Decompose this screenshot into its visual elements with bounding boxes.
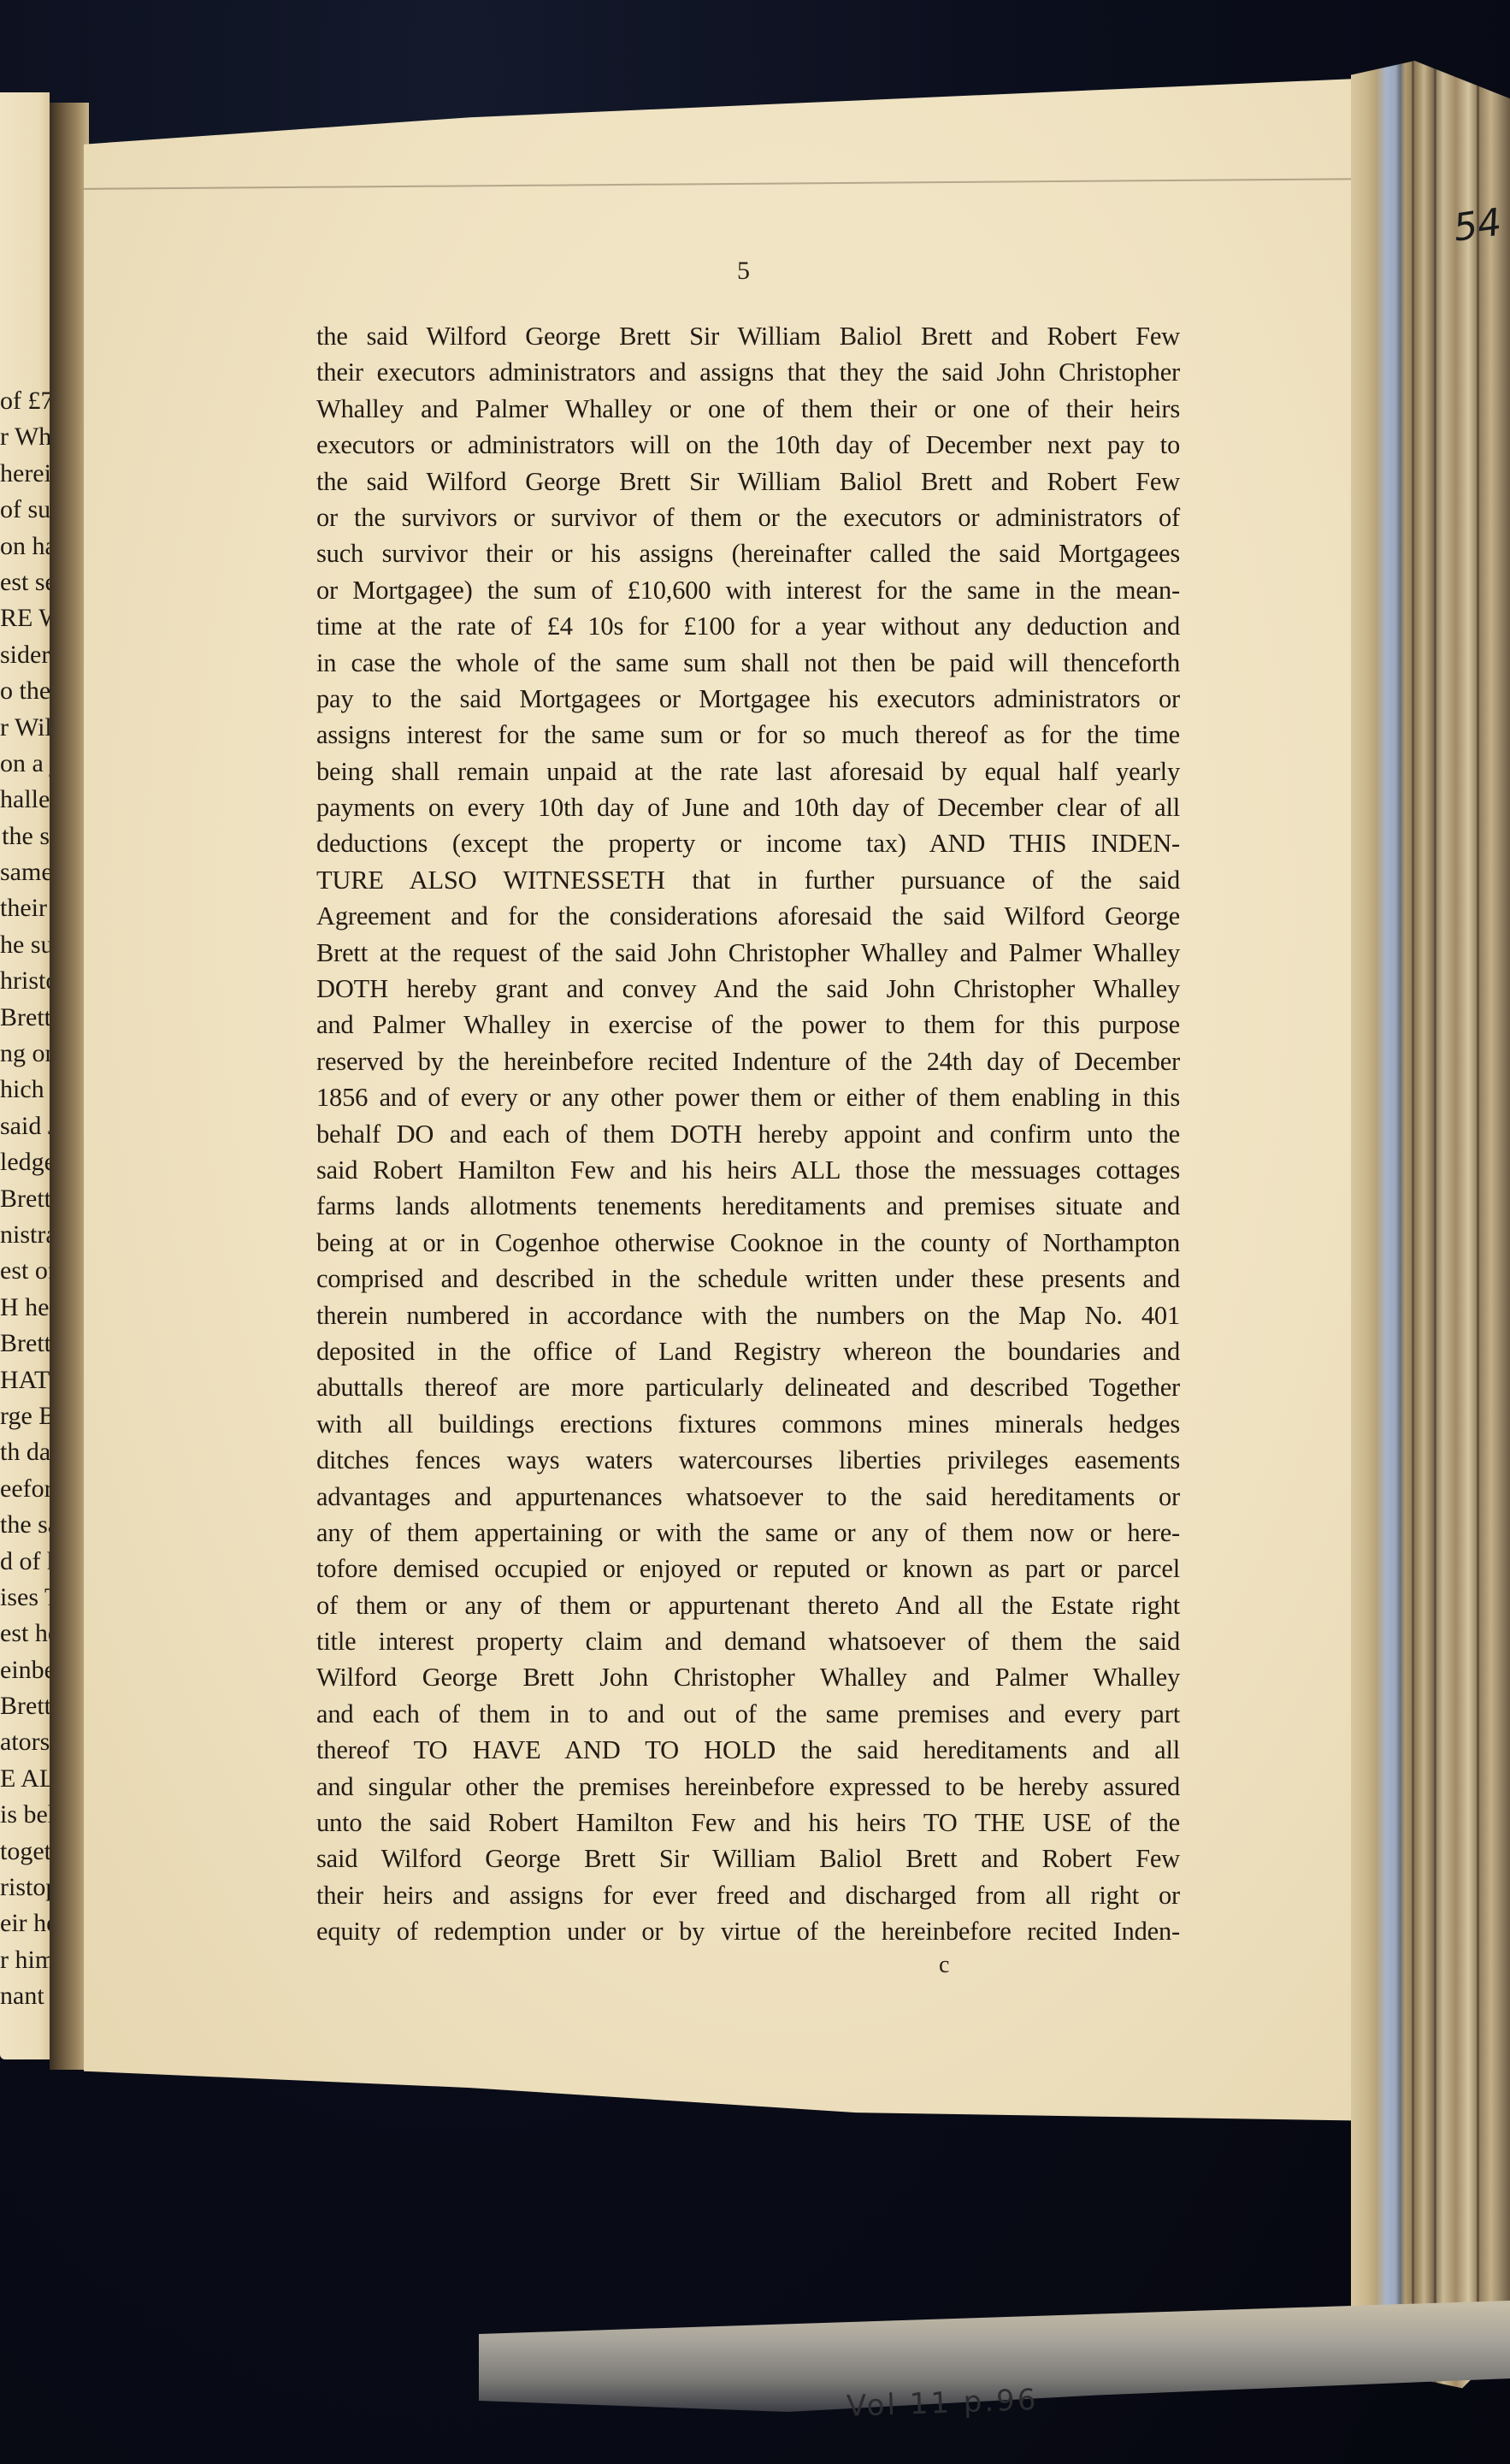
text-line: and each of them in to and out of the sa…: [316, 1696, 1180, 1732]
previous-page-fragment: is beh: [0, 1797, 50, 1833]
text-line: reserved by the hereinbefore recited Ind…: [316, 1043, 1180, 1079]
text-line: pay to the said Mortgagees or Mortgagee …: [316, 681, 1180, 717]
previous-page-fragment: togeth: [0, 1834, 50, 1870]
text-line: executors or administrators will on the …: [316, 427, 1180, 463]
previous-page-fragment: nistrat: [0, 1217, 50, 1253]
text-line: advantages and appurtenances whatsoever …: [316, 1479, 1180, 1515]
stacked-page-edges: [1351, 51, 1510, 2412]
text-line: any of them appertaining or with the sam…: [316, 1515, 1180, 1551]
text-line: said Wilford George Brett Sir William Ba…: [316, 1841, 1180, 1876]
text-line: behalf DO and each of them DOTH hereby a…: [316, 1116, 1180, 1152]
previous-page-fragment: nant wi: [0, 1978, 50, 2014]
text-line: therein numbered in accordance with the …: [316, 1297, 1180, 1333]
text-line: such survivor their or his assigns (here…: [316, 535, 1180, 571]
printer-signature-mark: c: [939, 1952, 949, 1979]
previous-page-fragment: r Willi: [0, 710, 50, 746]
previous-page-fragment: same d: [0, 854, 50, 890]
previous-page-fragment: of such: [0, 492, 50, 528]
handwritten-folio-number: 54: [1451, 200, 1505, 250]
page-crease-line: [84, 178, 1371, 190]
previous-page-fragment: RE WI: [0, 600, 50, 636]
page-number: 5: [737, 257, 750, 286]
text-line: tofore demised occupied or enjoyed or re…: [316, 1551, 1180, 1587]
text-line: farms lands allotments tenements heredit…: [316, 1188, 1180, 1224]
text-line: thereof TO HAVE AND TO HOLD the said her…: [316, 1732, 1180, 1768]
previous-page-fragment: r Whal: [0, 419, 50, 455]
text-line: and Palmer Whalley in exercise of the po…: [316, 1007, 1180, 1043]
text-line: deductions (except the property or incom…: [316, 825, 1180, 861]
previous-page-fragment: eeforth: [0, 1471, 50, 1507]
text-line: equity of redemption under or by virtue …: [316, 1913, 1180, 1949]
previous-page-fragment: est secu: [0, 564, 50, 600]
indenture-body-text: the said Wilford George Brett Sir Willia…: [316, 318, 1180, 1950]
previous-page-fragment: on havi: [0, 529, 50, 564]
previous-page-fragment: r himse: [0, 1942, 50, 1978]
text-line: being at or in Cogenhoe otherwise Cookno…: [316, 1225, 1180, 1261]
previous-page-fragment: H here: [0, 1290, 50, 1326]
previous-page-fragment: Brett S: [0, 1000, 50, 1036]
previous-page-fragment: on a jo: [0, 746, 50, 782]
text-line: in case the whole of the same sum shall …: [316, 645, 1180, 681]
previous-page-fragment: o the s: [0, 673, 50, 709]
book-gutter-shadow: [50, 103, 89, 2070]
previous-page-fragment: halley a: [0, 782, 50, 818]
previous-page-fragment: E ALS: [0, 1761, 50, 1797]
previous-page-fragment: the s: [0, 818, 50, 854]
previous-page-fragment: said Jo: [0, 1108, 50, 1144]
previous-page-fragment: hristoph: [0, 963, 50, 999]
text-line: their heirs and assigns for ever freed a…: [316, 1877, 1180, 1913]
text-line: assigns interest for the same sum or for…: [316, 717, 1180, 753]
text-line: 1856 and of every or any other power the…: [316, 1079, 1180, 1115]
text-line: payments on every 10th day of June and 1…: [316, 789, 1180, 825]
previous-page-fragment: HAT t: [0, 1362, 50, 1398]
text-line: deposited in the office of Land Registry…: [316, 1333, 1180, 1369]
text-line: the said Wilford George Brett Sir Willia…: [316, 318, 1180, 354]
text-line: Agreement and for the considerations afo…: [316, 898, 1180, 934]
previous-page-fragment: d of hi: [0, 1544, 50, 1580]
previous-page-fragment: hich su: [0, 1072, 50, 1108]
previous-page-fragment: Brett S: [0, 1181, 50, 1217]
previous-page-fragment: Brett a: [0, 1326, 50, 1362]
previous-page-edge: of £7,r Whalhereinaof suchon haviest sec…: [0, 92, 50, 2059]
previous-page-fragment: siderat: [0, 637, 50, 673]
previous-page-fragment: the sa: [0, 1507, 50, 1543]
previous-page-text-fragments: of £7,r Whalhereinaof suchon haviest sec…: [0, 383, 50, 2015]
text-line: DOTH hereby grant and convey And the sai…: [316, 971, 1180, 1007]
previous-page-fragment: hereina: [0, 456, 50, 492]
text-line: or Mortgagee) the sum of £10,600 with in…: [316, 572, 1180, 608]
text-line: Whalley and Palmer Whalley or one of the…: [316, 391, 1180, 427]
text-line: time at the rate of £4 10s for £100 for …: [316, 608, 1180, 644]
text-line: ditches fences ways waters watercourses …: [316, 1442, 1180, 1478]
previous-page-fragment: ristoph: [0, 1870, 50, 1906]
text-line: the said Wilford George Brett Sir Willia…: [316, 464, 1180, 499]
text-line: their executors administrators and assig…: [316, 354, 1180, 390]
previous-page-fragment: of £7,: [0, 383, 50, 419]
previous-page-fragment: ators a: [0, 1724, 50, 1760]
text-line: being shall remain unpaid at the rate la…: [316, 753, 1180, 789]
text-line: unto the said Robert Hamilton Few and hi…: [316, 1805, 1180, 1841]
previous-page-fragment: einbefo: [0, 1652, 50, 1688]
text-line: Brett at the request of the said John Ch…: [316, 935, 1180, 971]
previous-page-fragment: eir hei: [0, 1906, 50, 1941]
text-line: or the survivors or survivor of them or …: [316, 499, 1180, 535]
previous-page-fragment: rge Br: [0, 1398, 50, 1434]
previous-page-fragment: th day: [0, 1434, 50, 1470]
text-line: and singular other the premises hereinbe…: [316, 1769, 1180, 1805]
pencil-volume-note: Vol 11 p.96: [846, 2383, 1039, 2424]
text-line: said Robert Hamilton Few and his heirs A…: [316, 1152, 1180, 1188]
text-line: title interest property claim and demand…: [316, 1623, 1180, 1659]
text-line: Wilford George Brett John Christopher Wh…: [316, 1659, 1180, 1695]
text-line: of them or any of them or appurtenant th…: [316, 1587, 1180, 1623]
previous-page-fragment: ng on t: [0, 1036, 50, 1072]
text-line: TURE ALSO WITNESSETH that in further pur…: [316, 862, 1180, 898]
previous-page-fragment: est hen: [0, 1616, 50, 1652]
text-line: abuttalls thereof are more particularly …: [316, 1369, 1180, 1405]
previous-page-fragment: ises T: [0, 1580, 50, 1616]
previous-page-fragment: he sum: [0, 927, 50, 963]
text-line: with all buildings erections fixtures co…: [316, 1406, 1180, 1442]
previous-page-fragment: their he: [0, 890, 50, 926]
text-line: comprised and described in the schedule …: [316, 1261, 1180, 1297]
previous-page-fragment: est of t: [0, 1253, 50, 1289]
previous-page-fragment: ledge a: [0, 1144, 50, 1180]
previous-page-fragment: Brett S: [0, 1688, 50, 1724]
